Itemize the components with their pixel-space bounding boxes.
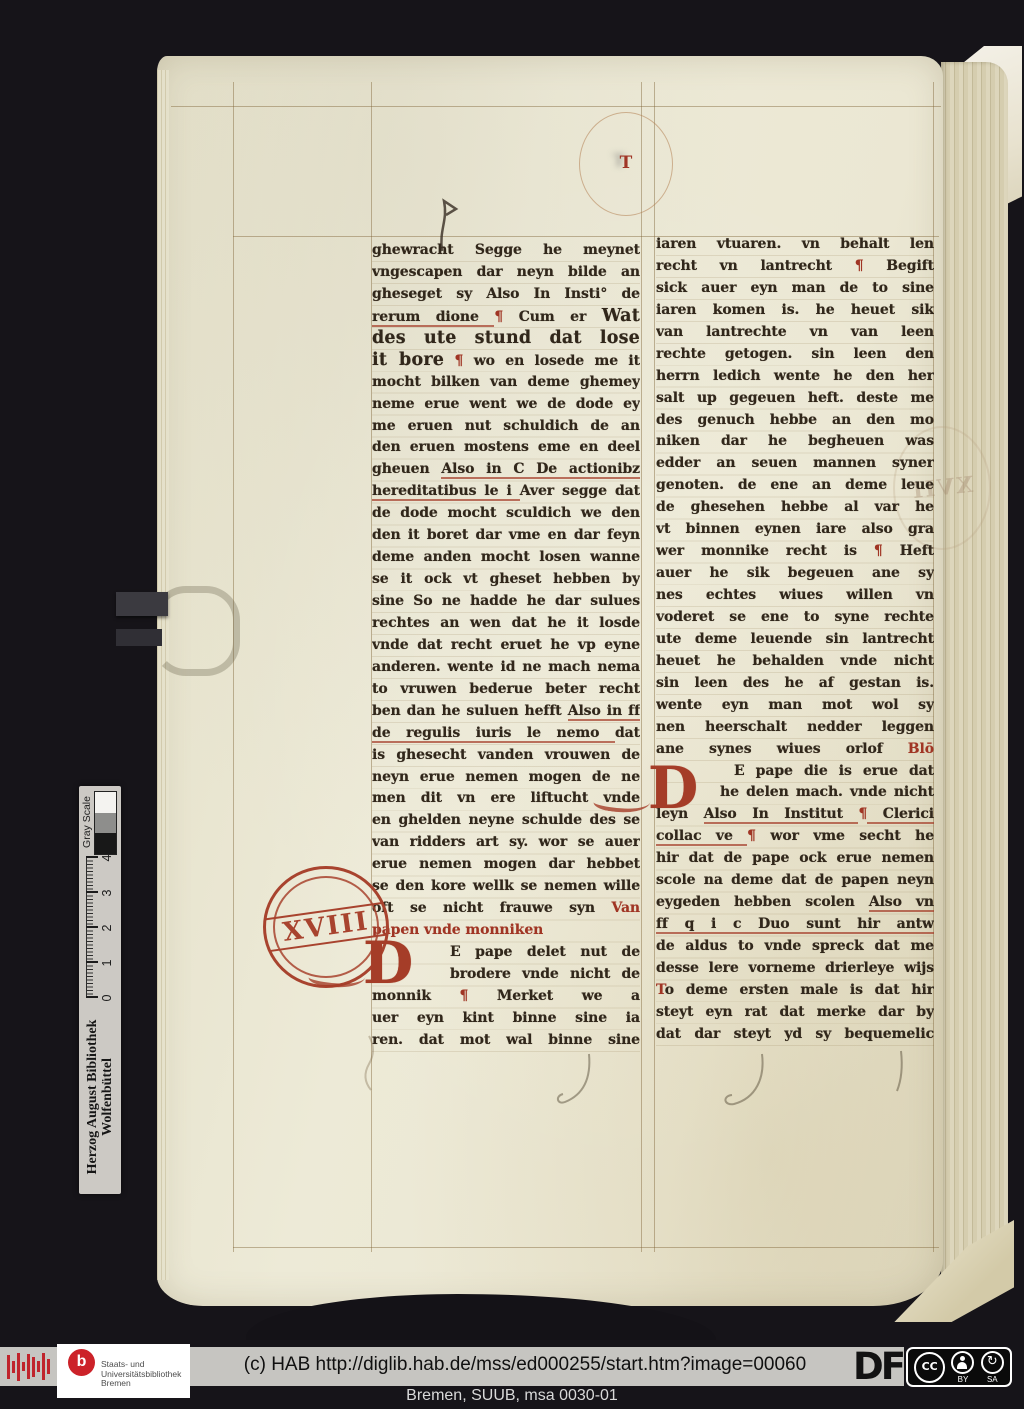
share-alike-arrow-icon: ↻ xyxy=(981,1351,1004,1374)
suub-line3: Bremen xyxy=(101,1379,181,1389)
cc-sa-item: ↻ SA xyxy=(981,1351,1004,1384)
grayscale-patch-white xyxy=(95,792,116,813)
cc-sa-label: SA xyxy=(987,1375,998,1384)
grayscale-patches xyxy=(94,791,117,855)
page-edge-lines xyxy=(157,70,169,1280)
ruler-number: 0 xyxy=(100,990,114,1006)
grayscale-label: Gray Scale xyxy=(81,788,93,856)
grayscale-ruler: Herzog August Bibliothek Wolfenbüttel 0 … xyxy=(79,786,121,1194)
library-name-line1: Herzog August Bibliothek xyxy=(85,1004,100,1190)
ruler-number: 1 xyxy=(100,955,114,971)
grayscale-patch-black xyxy=(95,833,116,854)
ruler-number: 2 xyxy=(100,920,114,936)
ruler-number: 3 xyxy=(100,885,114,901)
page-holder-clamp xyxy=(116,592,168,616)
grayscale-ruler-body: Herzog August Bibliothek Wolfenbüttel 0 … xyxy=(79,786,121,1194)
suub-barcode-logo xyxy=(0,1347,57,1386)
person-icon xyxy=(951,1351,974,1374)
pen-flourishes xyxy=(157,56,943,1306)
library-name-line2: Wolfenbüttel xyxy=(100,1004,115,1190)
library-name-label: Herzog August Bibliothek Wolfenbüttel xyxy=(85,1004,115,1190)
book-fore-edge xyxy=(941,62,1008,1298)
ruler-minor-ticks xyxy=(86,858,93,998)
cm-ruler: 0 1 2 3 4 xyxy=(81,858,119,998)
suub-b-badge: b xyxy=(68,1349,95,1376)
page-holder-clamp xyxy=(116,629,162,646)
digitized-manuscript-photo: T XVIII XVII ghewracht Segge he meynetvn… xyxy=(0,0,1024,1409)
ruler-major-tick xyxy=(86,997,98,999)
cc-icon: CC xyxy=(914,1352,945,1383)
ruler-major-tick xyxy=(86,857,98,859)
grayscale-patch-gray xyxy=(95,813,116,834)
creative-commons-license: CC BY ↻ SA xyxy=(906,1347,1012,1387)
manuscript-page: T XVIII XVII ghewracht Segge he meynetvn… xyxy=(157,56,943,1306)
cc-by-item: BY xyxy=(951,1351,974,1384)
ruler-major-tick xyxy=(86,892,98,894)
suub-logo-block: b Staats- und Universitätsbibliothek Bre… xyxy=(57,1344,190,1398)
cc-by-label: BY xyxy=(958,1375,969,1384)
ruler-major-tick xyxy=(86,927,98,929)
copyright-url-text: (c) HAB http://diglib.hab.de/mss/ed00025… xyxy=(200,1354,850,1376)
ruler-major-tick xyxy=(86,962,98,964)
suub-library-name: Staats- und Universitätsbibliothek Breme… xyxy=(101,1360,181,1389)
